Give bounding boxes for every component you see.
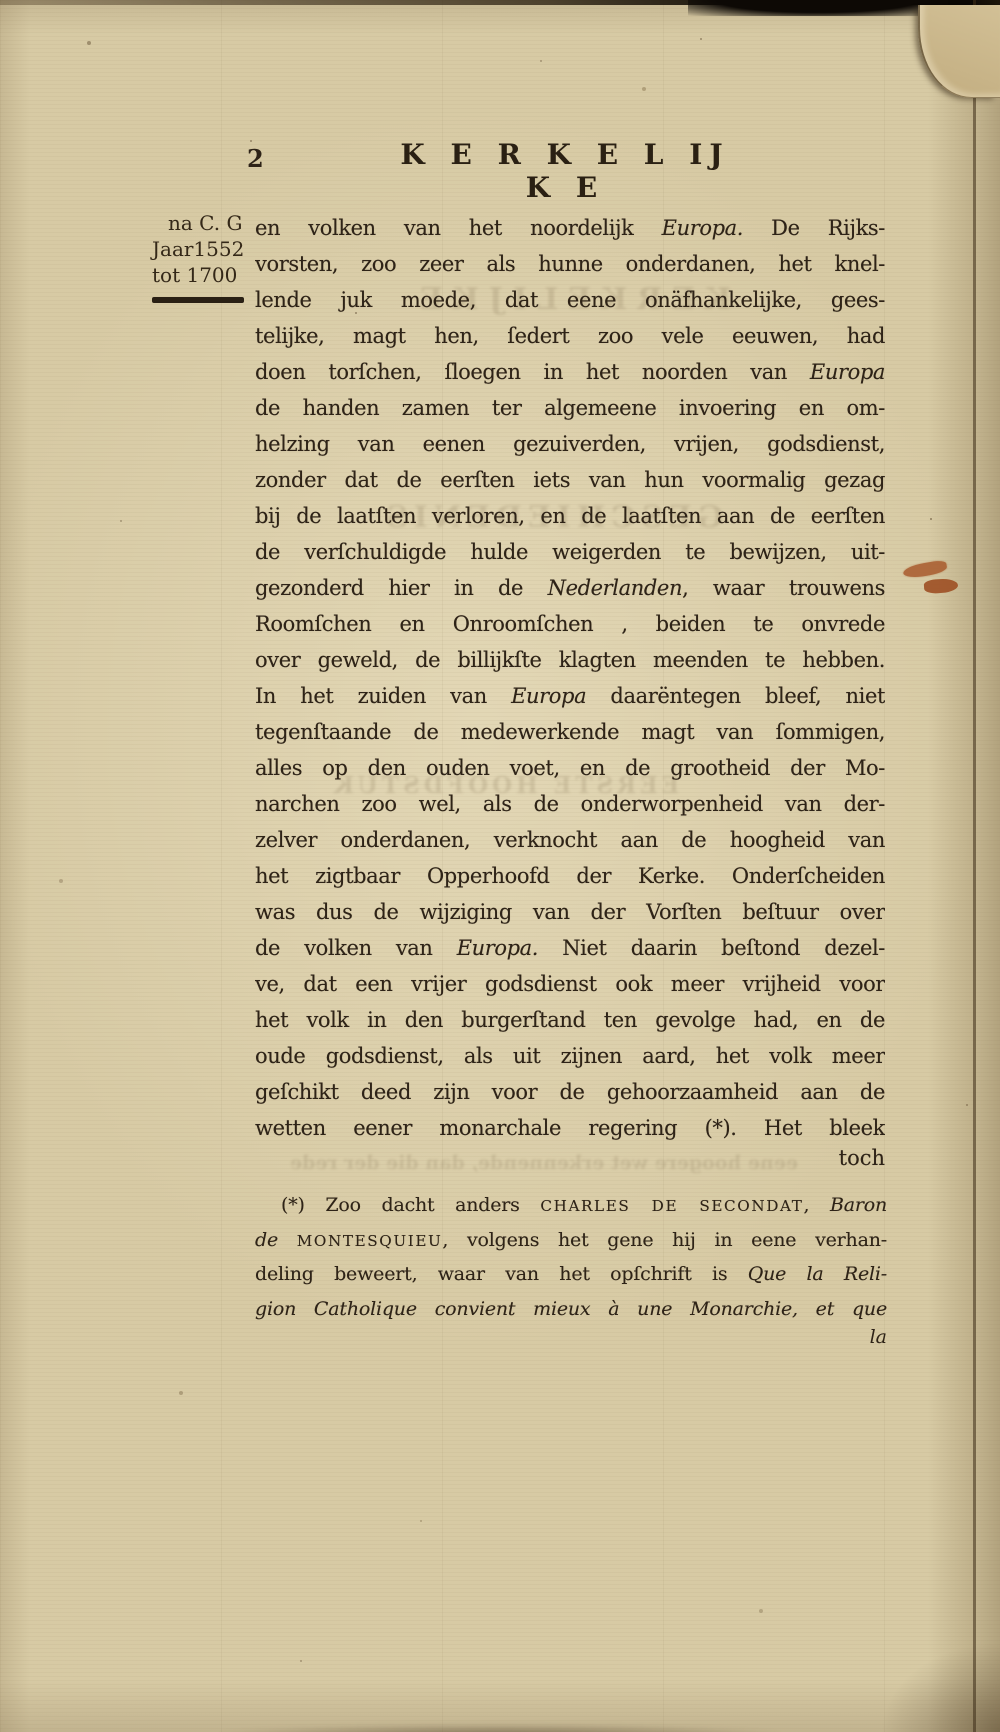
- text-segment-r: de volken van: [255, 936, 457, 960]
- text-segment-r: daarëntegen bleef, niet: [586, 684, 885, 708]
- margin-note-rule: [152, 297, 244, 303]
- body-text-line: gezonderd hier in de Nederlanden, waar t…: [255, 570, 885, 606]
- text-segment-r: narchen zoo wel, als de onderworpenheid …: [255, 792, 885, 816]
- text-segment-r: zonder dat de eerſten iets van hun voorm…: [255, 468, 885, 492]
- body-text-line: alles op den ouden voet, en de grootheid…: [255, 750, 885, 786]
- text-segment-i: de: [255, 1229, 297, 1251]
- body-text-line: bij de laatſten verloren, en de laatſten…: [255, 498, 885, 534]
- text-segment-r: de verſchuldigde hulde weigerden te bewi…: [255, 540, 885, 564]
- text-segment-i: Europa.: [457, 936, 538, 960]
- body-text-line: ve, dat een vrijer godsdienst ook meer v…: [255, 966, 885, 1002]
- text-segment-r: de handen zamen ter algemeene invoering …: [255, 396, 885, 420]
- body-text-line: In het zuiden van Europa daarëntegen ble…: [255, 678, 885, 714]
- text-segment-i: gion Catholique convient mieux à une Mon…: [255, 1298, 887, 1320]
- text-segment-i: Nederlanden: [548, 576, 682, 600]
- page-curvature-shading: [927, 0, 973, 1732]
- body-text-line: de handen zamen ter algemeene invoering …: [255, 390, 885, 426]
- margin-date-note: na C. G Jaar1552 tot 1700: [152, 210, 256, 303]
- text-segment-r: zelver onderdanen, verknocht aan de hoog…: [255, 828, 885, 852]
- top-right-dark-edge: [688, 0, 948, 16]
- catchword-main: toch: [255, 1146, 885, 1170]
- text-segment-r: gezonderd hier in de: [255, 576, 548, 600]
- text-segment-r: In het zuiden van: [255, 684, 511, 708]
- body-text-line: en volken van het noordelijk Europa. De …: [255, 210, 885, 246]
- text-segment-r: en volken van het noordelijk: [255, 216, 662, 240]
- bottom-edge-smudge: [220, 1724, 780, 1732]
- footnote-text-line: (*) Zoo dacht anders CHARLES DE SECONDAT…: [255, 1188, 887, 1223]
- margin-note-line: tot 1700: [152, 262, 256, 288]
- text-segment-r: het volk in den burgerſtand ten gevolge …: [255, 1008, 885, 1032]
- text-segment-i: Europa.: [662, 216, 743, 240]
- body-text-column: en volken van het noordelijk Europa. De …: [255, 210, 885, 1146]
- body-text-line: wetten eener monarchale regering (*). He…: [255, 1110, 885, 1146]
- body-text-line: de volken van Europa. Niet daarin beſton…: [255, 930, 885, 966]
- text-segment-r: lende juk moede, dat eene onäfhankelijke…: [255, 288, 885, 312]
- text-segment-r: helzing van eenen gezuiverden, vrijen, g…: [255, 432, 885, 456]
- body-text-line: zelver onderdanen, verknocht aan de hoog…: [255, 822, 885, 858]
- body-text-line: het zigtbaar Opperhoofd der Kerke. Onder…: [255, 858, 885, 894]
- text-segment-r: oude godsdienst, als uit zijnen aard, he…: [255, 1044, 885, 1068]
- body-text-line: de verſchuldigde hulde weigerden te bewi…: [255, 534, 885, 570]
- running-header: K E R K E L IJ K E: [385, 138, 745, 204]
- catchword-footnote: la: [255, 1326, 887, 1348]
- body-text-line: telijke, magt hen, ſedert zoo vele eeuwe…: [255, 318, 885, 354]
- body-text-line: doen torſchen, ſloegen in het noorden va…: [255, 354, 885, 390]
- margin-note-line: Jaar1552: [152, 236, 256, 262]
- text-segment-i: Europa: [511, 684, 586, 708]
- footnote-text-line: gion Catholique convient mieux à une Mon…: [255, 1292, 887, 1327]
- text-segment-r: ,: [803, 1194, 829, 1216]
- text-segment-r: (*) Zoo dacht anders: [281, 1194, 540, 1216]
- body-text-line: narchen zoo wel, als de onderworpenheid …: [255, 786, 885, 822]
- text-segment-i: Europa: [810, 360, 885, 384]
- body-text-line: lende juk moede, dat eene onäfhankelijke…: [255, 282, 885, 318]
- text-segment-r: Roomſchen en Onroomſchen , beiden te onv…: [255, 612, 885, 636]
- text-segment-r: deling beweert, waar van het opſchrift i…: [255, 1263, 748, 1285]
- body-text-line: over geweld, de billijkſte klagten meend…: [255, 642, 885, 678]
- text-segment-r: geſchikt deed zijn voor de gehoorzaamhei…: [255, 1080, 885, 1104]
- text-segment-i: Que la Reli-: [748, 1263, 887, 1285]
- right-page-edge: [973, 0, 1000, 1732]
- text-segment-r: telijke, magt hen, ſedert zoo vele eeuwe…: [255, 324, 885, 348]
- text-segment-r: , waar trouwens: [682, 576, 885, 600]
- footnote-block: (*) Zoo dacht anders CHARLES DE SECONDAT…: [255, 1188, 887, 1326]
- text-segment-r: bij de laatſten verloren, en de laatſten…: [255, 504, 885, 528]
- text-segment-i: Baron: [830, 1194, 887, 1216]
- text-segment-r: was dus de wijziging van der Vorſten beſ…: [255, 900, 885, 924]
- text-segment-r: De Rijks-: [743, 216, 885, 240]
- text-segment-r: , volgens het gene hij in eene verhan-: [442, 1229, 887, 1251]
- text-segment-r: ve, dat een vrijer godsdienst ook meer v…: [255, 972, 885, 996]
- book-page-scan: KERKELIJKEGESCHIEDENISEERSTE HOOFDSTUKee…: [0, 0, 1000, 1732]
- text-segment-r: vorsten, zoo zeer als hunne onderdanen, …: [255, 252, 885, 276]
- footnote-text-line: deling beweert, waar van het opſchrift i…: [255, 1257, 887, 1292]
- text-segment-r: alles op den ouden voet, en de grootheid…: [255, 756, 885, 780]
- text-segment-r: doen torſchen, ſloegen in het noorden va…: [255, 360, 810, 384]
- text-segment-r: over geweld, de billijkſte klagten meend…: [255, 648, 885, 672]
- text-segment-r: wetten eener monarchale regering (*). He…: [255, 1116, 885, 1140]
- body-text-line: was dus de wijziging van der Vorſten beſ…: [255, 894, 885, 930]
- body-text-line: het volk in den burgerſtand ten gevolge …: [255, 1002, 885, 1038]
- text-segment-r: tegenſtaande de medewerkende magt van ſo…: [255, 720, 885, 744]
- body-text-line: Roomſchen en Onroomſchen , beiden te onv…: [255, 606, 885, 642]
- text-segment-sc: MONTESQUIEU: [297, 1232, 443, 1250]
- body-text-line: helzing van eenen gezuiverden, vrijen, g…: [255, 426, 885, 462]
- body-text-line: geſchikt deed zijn voor de gehoorzaamhei…: [255, 1074, 885, 1110]
- body-text-line: zonder dat de eerſten iets van hun voorm…: [255, 462, 885, 498]
- body-text-line: vorsten, zoo zeer als hunne onderdanen, …: [255, 246, 885, 282]
- page-number: 2: [247, 144, 264, 173]
- footnote-text-line: de MONTESQUIEU, volgens het gene hij in …: [255, 1223, 887, 1258]
- text-segment-r: het zigtbaar Opperhoofd der Kerke. Onder…: [255, 864, 885, 888]
- bottom-right-smudge: [880, 1642, 1000, 1732]
- margin-note-line: na C. G: [152, 210, 256, 236]
- text-segment-r: Niet daarin beſtond dezel-: [538, 936, 885, 960]
- text-segment-sc: CHARLES DE SECONDAT: [540, 1197, 803, 1215]
- body-text-line: tegenſtaande de medewerkende magt van ſo…: [255, 714, 885, 750]
- body-text-line: oude godsdienst, als uit zijnen aard, he…: [255, 1038, 885, 1074]
